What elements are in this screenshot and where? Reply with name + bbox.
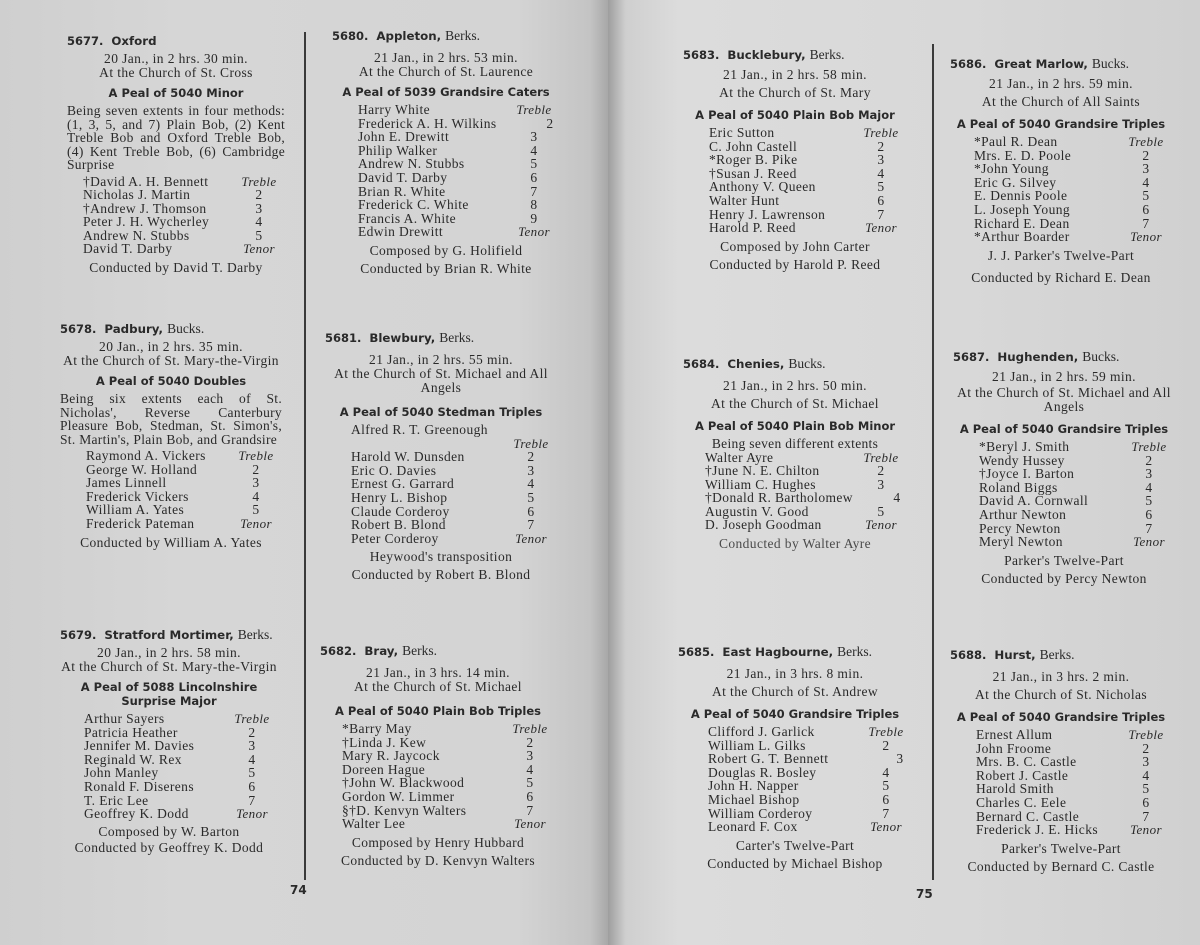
ringer-name: Walter Lee xyxy=(342,817,405,831)
peal-title: A Peal of 5039 Grandsire Caters xyxy=(332,85,560,99)
peal-date: 21 Jan., in 2 hrs. 55 min. xyxy=(325,353,557,367)
peal-place: Appleton, xyxy=(376,29,441,43)
peal-title: A Peal of 5040 Minor xyxy=(67,86,285,100)
bell-position: Treble xyxy=(233,175,285,189)
bell-position: 5 xyxy=(230,503,282,517)
ringer-name: Frederick A. H. Wilkins xyxy=(358,117,497,131)
ringer-name: Arthur Sayers xyxy=(84,712,165,726)
ringer-row: Mrs. B. C. Castle3 xyxy=(976,755,1172,769)
ringer-row: Harold Smith5 xyxy=(976,782,1172,796)
ringer-row: †Donald R. Bartholomew4 xyxy=(705,491,907,505)
ringer-row: Bernard C. Castle7 xyxy=(976,810,1172,824)
peal-county: Berks. xyxy=(439,330,474,345)
ringer-name: †June N. E. Chilton xyxy=(705,464,819,478)
ringer-list: Walter AyreTreble †June N. E. Chilton2 W… xyxy=(683,451,907,533)
ringer-row: Arthur Newton6 xyxy=(979,508,1175,522)
peal-church: At the Church of St. Michael xyxy=(683,397,907,411)
ringer-name: Francis A. White xyxy=(358,212,456,226)
conducted-by: Conducted by William A. Yates xyxy=(60,534,282,552)
peal-church: At the Church of All Saints xyxy=(950,95,1172,109)
ringer-row: Jennifer M. Davies3 xyxy=(84,739,278,753)
entry-heading: 5688.Hurst, Berks. xyxy=(950,648,1172,662)
book-spread: 5677.Oxford 20 Jan., in 2 hrs. 30 min. A… xyxy=(0,0,1200,945)
ringer-row: Frederick Vickers4 xyxy=(86,490,282,504)
ringer-row: Charles C. Eele6 xyxy=(976,796,1172,810)
peal-date: 20 Jan., in 2 hrs. 58 min. xyxy=(60,646,278,660)
peal-date: 21 Jan., in 2 hrs. 50 min. xyxy=(683,379,907,393)
bell-position: 4 xyxy=(1120,176,1172,190)
bell-position: 6 xyxy=(1120,796,1172,810)
ringer-bell-line: Treble xyxy=(351,437,557,451)
bell-position: Tenor xyxy=(1123,535,1175,549)
peal-date: 21 Jan., in 2 hrs. 59 min. xyxy=(953,370,1175,384)
bell-position: Tenor xyxy=(860,820,912,834)
bell-position: 2 xyxy=(504,736,556,750)
peal-number: 5685. xyxy=(678,645,714,659)
bell-position: 5 xyxy=(1120,782,1172,796)
ringer-row: Walter LeeTenor xyxy=(342,817,556,831)
ringer-row: Ernest AllumTreble xyxy=(976,728,1172,742)
peal-county: Bucks. xyxy=(788,356,825,371)
composed-by: Composed by G. Holifield xyxy=(332,242,560,260)
ringer-name: Robert B. Blond xyxy=(351,518,446,532)
ringer-row: Ronald F. Diserens6 xyxy=(84,780,278,794)
bell-position: 3 xyxy=(855,478,907,492)
bell-position: 7 xyxy=(504,804,556,818)
composition-note: Carter's Twelve-Part xyxy=(678,837,912,855)
ringer-row: Douglas R. Bosley4 xyxy=(708,766,912,780)
ringer-list: Arthur SayersTreble Patricia Heather2 Je… xyxy=(60,712,278,821)
composed-by: Composed by Henry Hubbard xyxy=(320,834,556,852)
ringer-name: L. Joseph Young xyxy=(974,203,1070,217)
ringer-row: Percy Newton7 xyxy=(979,522,1175,536)
ringer-list: †David A. H. BennettTreble Nicholas J. M… xyxy=(67,175,285,257)
ringer-row: *Roger B. Pike3 xyxy=(709,153,907,167)
ringer-row: †June N. E. Chilton2 xyxy=(705,464,907,478)
ringer-row: Ernest G. Garrard4 xyxy=(351,477,557,491)
ringer-name: Patricia Heather xyxy=(84,726,178,740)
bell-position: 7 xyxy=(1123,522,1175,536)
ringer-row: Meryl NewtonTenor xyxy=(979,535,1175,549)
page-75: 5683.Bucklebury, Berks. 21 Jan., in 2 hr… xyxy=(608,0,1200,945)
ringer-row: Frederick J. E. HicksTenor xyxy=(976,823,1172,837)
bell-position: 2 xyxy=(233,188,285,202)
ringer-name: Peter Corderoy xyxy=(351,532,439,546)
ringer-list: Ernest AllumTreble John Froome2 Mrs. B. … xyxy=(950,728,1172,837)
bell-position: 6 xyxy=(1123,508,1175,522)
ringer-name: †Linda J. Kew xyxy=(342,736,426,750)
ringer-name: Frederick Pateman xyxy=(86,517,194,531)
ringer-row: Reginald W. Rex4 xyxy=(84,753,278,767)
bell-position: 9 xyxy=(508,212,560,226)
composed-by: Composed by John Carter xyxy=(683,238,907,256)
page-number-left: 74 xyxy=(290,883,307,897)
ringer-row: Peter CorderoyTenor xyxy=(351,532,557,546)
ringer-row: John H. Napper5 xyxy=(708,779,912,793)
bell-position: Treble xyxy=(860,725,912,739)
ringer-name: Roland Biggs xyxy=(979,481,1058,495)
ringer-name: Eric G. Silvey xyxy=(974,176,1056,190)
ringer-name: *Beryl J. Smith xyxy=(979,440,1069,454)
ringer-row: Michael Bishop6 xyxy=(708,793,912,807)
ringer-row: C. John Castell2 xyxy=(709,140,907,154)
bell-position: 4 xyxy=(855,167,907,181)
ringer-name: §†D. Kenvyn Walters xyxy=(342,804,466,818)
entry-heading: 5685.East Hagbourne, Berks. xyxy=(678,645,912,659)
ringer-row: Mrs. E. D. Poole2 xyxy=(974,149,1172,163)
bell-position: 5 xyxy=(226,766,278,780)
ringer-row: Leonard F. CoxTenor xyxy=(708,820,912,834)
ringer-name: T. Eric Lee xyxy=(84,794,148,808)
composition-note: Heywood's transposition xyxy=(325,548,557,566)
bell-position: 2 xyxy=(230,463,282,477)
peal-county: Bucks. xyxy=(167,321,204,336)
ringer-list: *Beryl J. SmithTreble Wendy Hussey2 †Joy… xyxy=(953,440,1175,549)
bell-position: Tenor xyxy=(1120,823,1172,837)
ringer-row: †Andrew J. Thomson3 xyxy=(83,202,285,216)
bell-position: Treble xyxy=(504,722,556,736)
ringer-row: Clifford J. GarlickTreble xyxy=(708,725,912,739)
ringer-name: Robert G. T. Bennett xyxy=(708,752,828,766)
ringer-name: †Joyce I. Barton xyxy=(979,467,1074,481)
ringer-row: Robert G. T. Bennett3 xyxy=(708,752,912,766)
peal-number: 5687. xyxy=(953,350,989,364)
ringer-name: Mrs. B. C. Castle xyxy=(976,755,1077,769)
ringer-row: David A. Cornwall5 xyxy=(979,494,1175,508)
bell-position: 7 xyxy=(226,794,278,808)
bell-position: 5 xyxy=(855,505,907,519)
ringer-row: William C. Hughes3 xyxy=(705,478,907,492)
peal-place: Padbury, xyxy=(104,322,163,336)
peal-title: A Peal of 5040 Grandsire Triples xyxy=(953,422,1175,436)
ringer-name: *Arthur Boarder xyxy=(974,230,1070,244)
peal-church: At the Church of St. Michael xyxy=(320,680,556,694)
ringer-name: Michael Bishop xyxy=(708,793,799,807)
ringer-name: Ernest G. Garrard xyxy=(351,477,454,491)
ringer-name: William Corderoy xyxy=(708,807,812,821)
composition-note: Parker's Twelve-Part xyxy=(953,552,1175,570)
ringer-name: Henry L. Bishop xyxy=(351,491,447,505)
peal-county: Berks. xyxy=(238,627,273,642)
ringer-name: Harry White xyxy=(358,103,430,117)
conducted-by: Conducted by Brian R. White xyxy=(332,260,560,278)
ringer-name: D. Joseph Goodman xyxy=(705,518,822,532)
bell-position: Tenor xyxy=(855,518,907,532)
entry-heading: 5686.Great Marlow, Bucks. xyxy=(950,57,1172,71)
ringer-name: Walter Ayre xyxy=(705,451,773,465)
bell-position: 7 xyxy=(1120,217,1172,231)
peal-date: 21 Jan., in 3 hrs. 14 min. xyxy=(320,666,556,680)
peal-date: 20 Jan., in 2 hrs. 35 min. xyxy=(60,340,282,354)
bell-position: 2 xyxy=(855,464,907,478)
ringer-row: *John Young3 xyxy=(974,162,1172,176)
ringer-name: David T. Darby xyxy=(83,242,172,256)
ringer-row: *Barry MayTreble xyxy=(342,722,556,736)
bell-position: 5 xyxy=(860,779,912,793)
ringer-row: Mary R. Jaycock3 xyxy=(342,749,556,763)
bell-position: Treble xyxy=(230,449,282,463)
bell-position: Treble xyxy=(855,451,907,465)
peal-title: A Peal of 5040 Plain Bob Minor xyxy=(683,419,907,433)
bell-position: Treble xyxy=(505,437,557,451)
ringer-name: Geoffrey K. Dodd xyxy=(84,807,189,821)
peal-description: Being seven different extents xyxy=(683,437,907,451)
conducted-by: Conducted by Percy Newton xyxy=(953,570,1175,588)
peal-church: At the Church of St. Mary-the-Virgin xyxy=(60,660,278,674)
ringer-row: Frederick PatemanTenor xyxy=(86,517,282,531)
ringer-row: Philip Walker4 xyxy=(358,144,560,158)
peal-title: A Peal of 5040 Plain Bob Triples xyxy=(320,704,556,718)
ringer-name: David T. Darby xyxy=(358,171,447,185)
ringer-row: William Corderoy7 xyxy=(708,807,912,821)
ringer-name: Doreen Hague xyxy=(342,763,425,777)
peal-title: A Peal of 5040 Plain Bob Major xyxy=(683,108,907,122)
ringer-name: James Linnell xyxy=(86,476,167,490)
ringer-name: Nicholas J. Martin xyxy=(83,188,190,202)
peal-church: At the Church of St. Andrew xyxy=(678,685,912,699)
ringer-name: Bernard C. Castle xyxy=(976,810,1079,824)
ringer-row: L. Joseph Young6 xyxy=(974,203,1172,217)
peal-place: Oxford xyxy=(111,34,156,48)
bell-position: Treble xyxy=(1120,135,1172,149)
ringer-name: William C. Hughes xyxy=(705,478,816,492)
ringer-row: Eric G. Silvey4 xyxy=(974,176,1172,190)
bell-position: 4 xyxy=(1123,481,1175,495)
ringer-name: Arthur Newton xyxy=(979,508,1066,522)
bell-position: 2 xyxy=(1123,454,1175,468)
ringer-name: Ronald F. Diserens xyxy=(84,780,194,794)
conducted-by: Conducted by Michael Bishop xyxy=(678,855,912,873)
ringer-name: *Barry May xyxy=(342,722,412,736)
entry-heading: 5677.Oxford xyxy=(67,34,285,48)
ringer-name: C. John Castell xyxy=(709,140,797,154)
peal-church: At the Church of St. Laurence xyxy=(332,65,560,79)
ringer-name: Harold W. Dunsden xyxy=(351,450,465,464)
peal-church: At the Church of St. Mary xyxy=(683,86,907,100)
ringer-row: Augustin V. Good5 xyxy=(705,505,907,519)
bell-position: 5 xyxy=(505,491,557,505)
ringer-row: Wendy Hussey2 xyxy=(979,454,1175,468)
peal-number: 5680. xyxy=(332,29,368,43)
bell-position: 2 xyxy=(1120,742,1172,756)
bell-position: 6 xyxy=(860,793,912,807)
peal-entry-5685: 5685.East Hagbourne, Berks. 21 Jan., in … xyxy=(678,645,912,873)
ringer-name: Peter J. H. Wycherley xyxy=(83,215,209,229)
ringer-row: Gordon W. Limmer6 xyxy=(342,790,556,804)
ringer-row: †John W. Blackwood5 xyxy=(342,776,556,790)
peal-church: At the Church of St. Cross xyxy=(67,66,285,80)
ringer-name: Douglas R. Bosley xyxy=(708,766,816,780)
bell-position: Treble xyxy=(508,103,560,117)
bell-position: 2 xyxy=(226,726,278,740)
ringer-row: †Joyce I. Barton3 xyxy=(979,467,1175,481)
ringer-list: *Paul R. DeanTreble Mrs. E. D. Poole2 *J… xyxy=(950,135,1172,244)
bell-position: Tenor xyxy=(1120,230,1172,244)
ringer-name: Percy Newton xyxy=(979,522,1061,536)
peal-place: Blewbury, xyxy=(369,331,435,345)
entry-heading: 5681.Blewbury, Berks. xyxy=(325,331,557,345)
ringer-name: *Roger B. Pike xyxy=(709,153,797,167)
ringer-name: Harold Smith xyxy=(976,782,1054,796)
bell-position: 4 xyxy=(887,491,907,505)
peal-number: 5684. xyxy=(683,357,719,371)
bell-position: 5 xyxy=(508,157,560,171)
entry-heading: 5679.Stratford Mortimer, Berks. xyxy=(60,628,278,642)
peal-title: A Peal of 5040 Doubles xyxy=(60,374,282,388)
peal-date: 21 Jan., in 2 hrs. 59 min. xyxy=(950,77,1172,91)
peal-church: At the Church of St. Michael and All Ang… xyxy=(953,386,1175,414)
bell-position: 7 xyxy=(860,807,912,821)
peal-description: Being six extents each of St. Nicholas',… xyxy=(60,392,282,446)
ringer-name: John E. Drewitt xyxy=(358,130,449,144)
ringer-name: David A. Cornwall xyxy=(979,494,1088,508)
bell-position: 5 xyxy=(504,776,556,790)
bell-position: 4 xyxy=(1120,769,1172,783)
bell-position: Treble xyxy=(855,126,907,140)
peal-place: East Hagbourne, xyxy=(722,645,833,659)
ringer-name: †Susan J. Reed xyxy=(709,167,797,181)
ringer-row: *Paul R. DeanTreble xyxy=(974,135,1172,149)
ringer-name: Gordon W. Limmer xyxy=(342,790,455,804)
ringer-name: Meryl Newton xyxy=(979,535,1063,549)
bell-position: 3 xyxy=(1120,162,1172,176)
ringer-row: †David A. H. BennettTreble xyxy=(83,175,285,189)
peal-date: 21 Jan., in 3 hrs. 2 min. xyxy=(950,670,1172,684)
ringer-name: Eric O. Davies xyxy=(351,464,436,478)
ringer-row: David T. DarbyTenor xyxy=(83,242,285,256)
peal-description: Being seven extents in four methods: (1,… xyxy=(67,104,285,172)
peal-place: Great Marlow, xyxy=(994,57,1088,71)
bell-position: Tenor xyxy=(855,221,907,235)
bell-position: 4 xyxy=(230,490,282,504)
ringer-row: Anthony V. Queen5 xyxy=(709,180,907,194)
ringer-name: John H. Napper xyxy=(708,779,799,793)
peal-number: 5679. xyxy=(60,628,96,642)
ringer-name: *John Young xyxy=(974,162,1049,176)
peal-number: 5682. xyxy=(320,644,356,658)
bell-position: 4 xyxy=(226,753,278,767)
ringer-row: William A. Yates5 xyxy=(86,503,282,517)
ringer-row: George W. Holland2 xyxy=(86,463,282,477)
ringer-row: Doreen Hague4 xyxy=(342,763,556,777)
ringer-name: Claude Corderoy xyxy=(351,505,450,519)
ringer-row: Frederick C. White8 xyxy=(358,198,560,212)
peal-entry-5680: 5680.Appleton, Berks. 21 Jan., in 2 hrs.… xyxy=(332,29,560,278)
peal-date: 21 Jan., in 2 hrs. 53 min. xyxy=(332,51,560,65)
conducted-by: Conducted by David T. Darby xyxy=(67,259,285,277)
peal-number: 5683. xyxy=(683,48,719,62)
bell-position: 3 xyxy=(1123,467,1175,481)
ringer-name: †Andrew J. Thomson xyxy=(83,202,207,216)
ringer-row: John Froome2 xyxy=(976,742,1172,756)
peal-place: Bray, xyxy=(364,644,398,658)
ringer-name: Anthony V. Queen xyxy=(709,180,816,194)
bell-position: 4 xyxy=(505,477,557,491)
column-divider xyxy=(932,44,934,880)
bell-position: 5 xyxy=(855,180,907,194)
ringer-row: John Manley5 xyxy=(84,766,278,780)
bell-position: Tenor xyxy=(508,225,560,239)
ringer-row: *Arthur BoarderTenor xyxy=(974,230,1172,244)
peal-county: Bucks. xyxy=(1082,349,1119,364)
ringer-row: Eric SuttonTreble xyxy=(709,126,907,140)
ringer-name: Edwin Drewitt xyxy=(358,225,443,239)
bell-position: 5 xyxy=(233,229,285,243)
ringer-name: George W. Holland xyxy=(86,463,197,477)
ringer-row: Geoffrey K. DoddTenor xyxy=(84,807,278,821)
bell-position: 6 xyxy=(226,780,278,794)
bell-position: 4 xyxy=(508,144,560,158)
bell-position: Treble xyxy=(226,712,278,726)
ringer-row: D. Joseph GoodmanTenor xyxy=(705,518,907,532)
ringer-list: *Barry MayTreble †Linda J. Kew2 Mary R. … xyxy=(320,722,556,831)
bell-position: 8 xyxy=(508,198,560,212)
entry-heading: 5682.Bray, Berks. xyxy=(320,644,556,658)
bell-position: Tenor xyxy=(230,517,282,531)
ringer-name: John Froome xyxy=(976,742,1051,756)
ringer-name: Charles C. Eele xyxy=(976,796,1066,810)
ringer-row: Harold W. Dunsden2 xyxy=(351,450,557,464)
peal-place: Chenies, xyxy=(727,357,784,371)
bell-position: 3 xyxy=(855,153,907,167)
bell-position: 3 xyxy=(233,202,285,216)
ringer-name: Frederick Vickers xyxy=(86,490,189,504)
ringer-row: Nicholas J. Martin2 xyxy=(83,188,285,202)
bell-position: 5 xyxy=(1120,189,1172,203)
ringer-name: Harold P. Reed xyxy=(709,221,796,235)
peal-entry-5688: 5688.Hurst, Berks. 21 Jan., in 3 hrs. 2 … xyxy=(950,648,1172,876)
ringer-row: Frederick A. H. Wilkins2 xyxy=(358,117,560,131)
peal-entry-5684: 5684.Chenies, Bucks. 21 Jan., in 2 hrs. … xyxy=(683,357,907,553)
peal-number: 5688. xyxy=(950,648,986,662)
ringer-row: Raymond A. VickersTreble xyxy=(86,449,282,463)
bell-position: 6 xyxy=(855,194,907,208)
peal-county: Berks. xyxy=(445,28,480,43)
ringer-name: William A. Yates xyxy=(86,503,184,517)
ringer-name-line: Alfred R. T. Greenough xyxy=(351,423,557,437)
ringer-name: E. Dennis Poole xyxy=(974,189,1067,203)
ringer-row: Francis A. White9 xyxy=(358,212,560,226)
ringer-name: Mary R. Jaycock xyxy=(342,749,440,763)
entry-heading: 5683.Bucklebury, Berks. xyxy=(683,48,907,62)
ringer-name: Henry J. Lawrenson xyxy=(709,208,825,222)
ringer-name: Frederick C. White xyxy=(358,198,469,212)
conducted-by: Conducted by Robert B. Blond xyxy=(325,566,557,584)
bell-position: 2 xyxy=(855,140,907,154)
ringer-name: Augustin V. Good xyxy=(705,505,809,519)
ringer-name: Richard E. Dean xyxy=(974,217,1070,231)
bell-position: Tenor xyxy=(226,807,278,821)
ringer-row: Edwin DrewittTenor xyxy=(358,225,560,239)
bell-position: Treble xyxy=(1123,440,1175,454)
bell-position: Tenor xyxy=(505,532,557,546)
peal-number: 5681. xyxy=(325,331,361,345)
ringer-name: Mrs. E. D. Poole xyxy=(974,149,1071,163)
peal-place: Hurst, xyxy=(994,648,1035,662)
ringer-row: Peter J. H. Wycherley4 xyxy=(83,215,285,229)
ringer-list: Harry WhiteTreble Frederick A. H. Wilkin… xyxy=(332,103,560,239)
ringer-name: Wendy Hussey xyxy=(979,454,1065,468)
peal-county: Berks. xyxy=(1040,647,1075,662)
ringer-name: Leonard F. Cox xyxy=(708,820,798,834)
bell-position: 2 xyxy=(540,117,560,131)
peal-number: 5677. xyxy=(67,34,103,48)
ringer-name: Philip Walker xyxy=(358,144,437,158)
ringer-row: Patricia Heather2 xyxy=(84,726,278,740)
peal-entry-5687: 5687.Hughenden, Bucks. 21 Jan., in 2 hrs… xyxy=(953,350,1175,588)
ringer-row: Robert J. Castle4 xyxy=(976,769,1172,783)
peal-title: A Peal of 5040 Grandsire Triples xyxy=(950,117,1172,131)
